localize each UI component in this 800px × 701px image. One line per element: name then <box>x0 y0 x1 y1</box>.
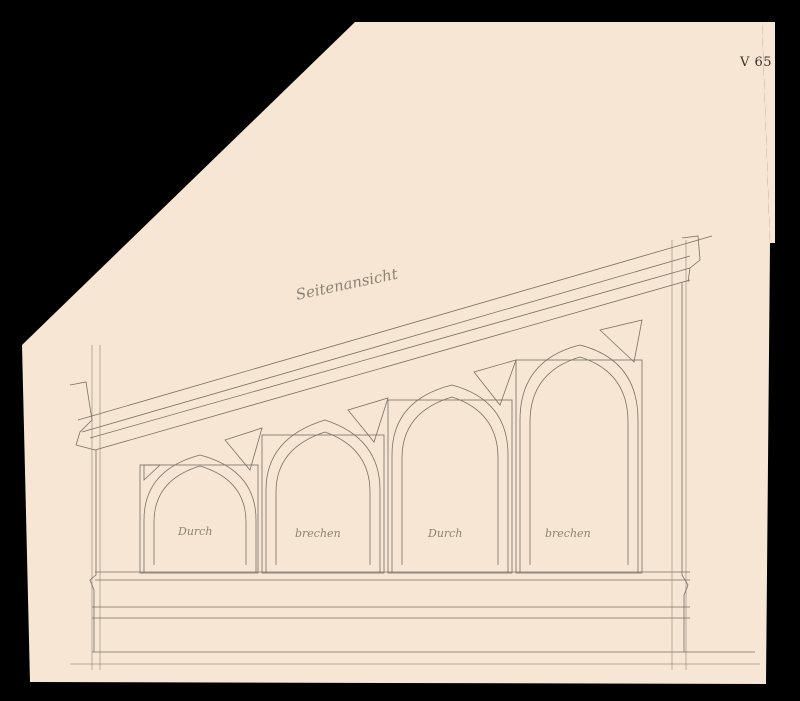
arch-label-1: Durch <box>178 525 212 538</box>
catalog-mark: V 65 <box>740 55 772 70</box>
drawing-sheet <box>0 0 800 701</box>
paper <box>22 22 770 684</box>
arch-label-2: brechen <box>295 527 341 540</box>
arch-label-3: Durch <box>428 527 462 540</box>
arch-label-4: brechen <box>545 527 591 540</box>
